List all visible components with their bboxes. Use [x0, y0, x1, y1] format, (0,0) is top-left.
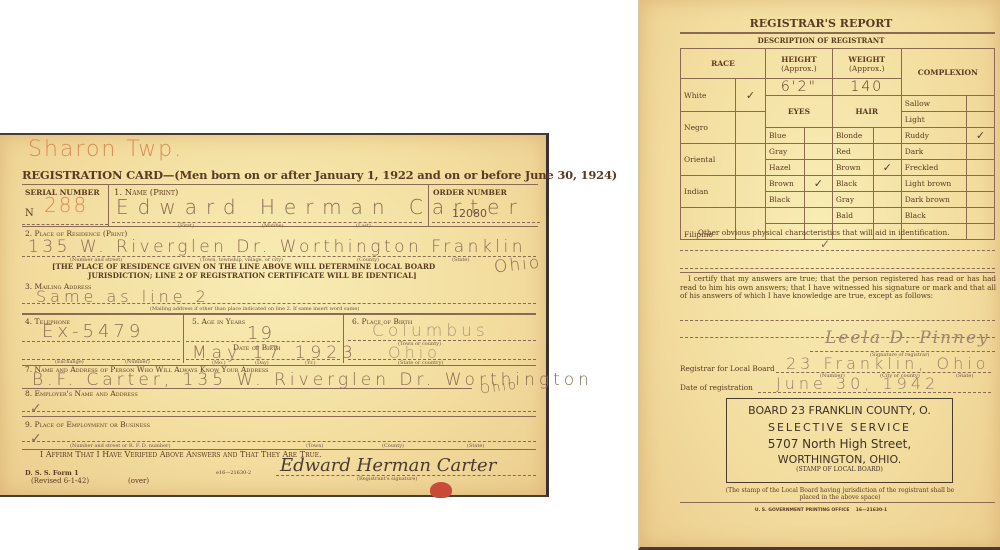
- stamp-caption: (STAMP OF LOCAL BOARD): [727, 466, 952, 474]
- card-title: REGISTRATION CARD—(Men born on or after …: [22, 168, 617, 182]
- race-white: White: [681, 79, 736, 112]
- lb-sub-state: (State): [956, 373, 973, 379]
- weight-value: 140: [832, 79, 901, 96]
- serial-prefix: N: [25, 208, 34, 219]
- hair-brown-check-icon: ✓: [873, 160, 901, 176]
- complexion-header: COMPLEXION: [901, 49, 994, 96]
- race-negro: Negro: [681, 112, 736, 144]
- wax-seal-mark: [430, 482, 452, 498]
- order-number-value: 12080: [452, 207, 487, 220]
- eyes-brown: Brown: [766, 176, 805, 192]
- hair-red: Red: [832, 144, 873, 160]
- report-subtitle: DESCRIPTION OF REGISTRANT: [640, 36, 1000, 45]
- complexion-dark: Dark: [901, 144, 966, 160]
- telephone-value: Ex-5479: [42, 321, 144, 342]
- employment-label: 9. Place of Employment or Business: [25, 420, 150, 429]
- eyes-gray: Gray: [766, 144, 805, 160]
- complexion-black: Black: [901, 208, 966, 224]
- birthplace-town: Columbus: [372, 321, 489, 341]
- description-table: RACE HEIGHT(Approx.) WEIGHT(Approx.) COM…: [680, 48, 995, 240]
- residence-value: 135 W. Riverglen Dr. Worthington Frankli…: [28, 237, 526, 257]
- hair-bald: Bald: [832, 208, 873, 224]
- local-board-value: 23 Franklin, Ohio: [786, 354, 989, 373]
- eyes-black: Black: [766, 192, 805, 208]
- local-board-label: Registrar for Local Board: [680, 364, 775, 373]
- stamp-line-3: 5707 North High Street,: [727, 436, 952, 453]
- jurisdiction-notice-2: JURISDICTION; LINE 2 OF REGISTRATION CER…: [88, 271, 417, 280]
- employer-check-icon: ✓: [30, 401, 42, 417]
- certification-text: I certify that my answers are true; that…: [680, 275, 996, 301]
- stamp-line-1: BOARD 23 FRANKLIN COUNTY, O.: [727, 402, 952, 419]
- complexion-ruddy-check-icon: ✓: [967, 128, 995, 144]
- over-label[interactable]: (over): [128, 477, 149, 485]
- printing-office-footer: U. S. GOVERNMENT PRINTING OFFICE 16—2163…: [640, 508, 1000, 513]
- eyes-header: EYES: [766, 96, 833, 128]
- age-label: 5. Age in Years: [192, 317, 245, 326]
- complexion-light-brown: Light brown: [901, 176, 966, 192]
- registrant-signature: Edward Herman Carter: [280, 455, 496, 476]
- race-header: RACE: [681, 49, 766, 79]
- form-revised: (Revised 6-1-42): [31, 477, 89, 485]
- weight-header: WEIGHT(Approx.): [832, 49, 901, 79]
- hair-gray: Gray: [832, 192, 873, 208]
- stamp-line-4: WORTHINGTON, OHIO.: [727, 453, 952, 466]
- sub-state: (State): [452, 257, 469, 263]
- eyes-hazel: Hazel: [766, 160, 805, 176]
- complexion-dark-brown: Dark brown: [901, 192, 966, 208]
- race-white-check-icon: ✓: [736, 79, 766, 112]
- signature-sub: (Registrant's signature): [357, 476, 417, 482]
- township-annotation: Sharon Twp.: [28, 137, 183, 162]
- employment-check-icon: ✓: [30, 431, 42, 447]
- hair-brown: Brown: [832, 160, 873, 176]
- registration-date-label: Date of registration: [680, 383, 753, 392]
- jurisdiction-notice-1: [THE PLACE OF RESIDENCE GIVEN ON THE LIN…: [52, 262, 435, 271]
- height-value: 6'2": [766, 79, 833, 96]
- registration-date-value: June 30, 1942: [776, 374, 939, 393]
- complexion-ruddy: Ruddy: [901, 128, 966, 144]
- residence-state: Ohio: [493, 253, 542, 278]
- order-number-label: ORDER NUMBER: [433, 188, 507, 197]
- race-oriental: Oriental: [681, 144, 736, 176]
- registration-card-front: Sharon Twp. REGISTRATION CARD—(Men born …: [0, 133, 549, 497]
- hair-black: Black: [832, 176, 873, 192]
- eyes-blue: Blue: [766, 128, 805, 144]
- complexion-light: Light: [901, 112, 966, 128]
- form-id: D. S. S. Form 1: [25, 469, 79, 477]
- hair-header: HAIR: [832, 96, 901, 128]
- print-code: e16—21630-2: [216, 470, 251, 476]
- race-indian: Indian: [681, 176, 736, 208]
- report-title: REGISTRAR'S REPORT: [640, 17, 1000, 30]
- eyes-brown-check-icon: ✓: [804, 176, 832, 192]
- serial-number-value: 288: [44, 193, 88, 217]
- other-characteristics-check-icon: ✓: [820, 237, 830, 251]
- complexion-sallow: Sallow: [901, 96, 966, 112]
- stamp-line-2: SELECTIVE SERVICE: [727, 419, 952, 436]
- height-header: HEIGHT(Approx.): [766, 49, 833, 79]
- other-characteristics-label: Other obvious physical characteristics t…: [698, 228, 949, 237]
- local-board-stamp: BOARD 23 FRANKLIN COUNTY, O. SELECTIVE S…: [726, 398, 953, 483]
- mailing-sub: (Mailing address if other than place ind…: [150, 306, 359, 312]
- registrars-report-back: REGISTRAR'S REPORT DESCRIPTION OF REGIST…: [638, 0, 1000, 550]
- employer-label: 8. Employer's Name and Address: [25, 389, 138, 398]
- complexion-freckled: Freckled: [901, 160, 966, 176]
- registrar-signature: Leela D. Pinney: [825, 328, 990, 348]
- hair-blonde: Blonde: [832, 128, 873, 144]
- stamp-note: (The stamp of the Local Board having jur…: [720, 487, 960, 501]
